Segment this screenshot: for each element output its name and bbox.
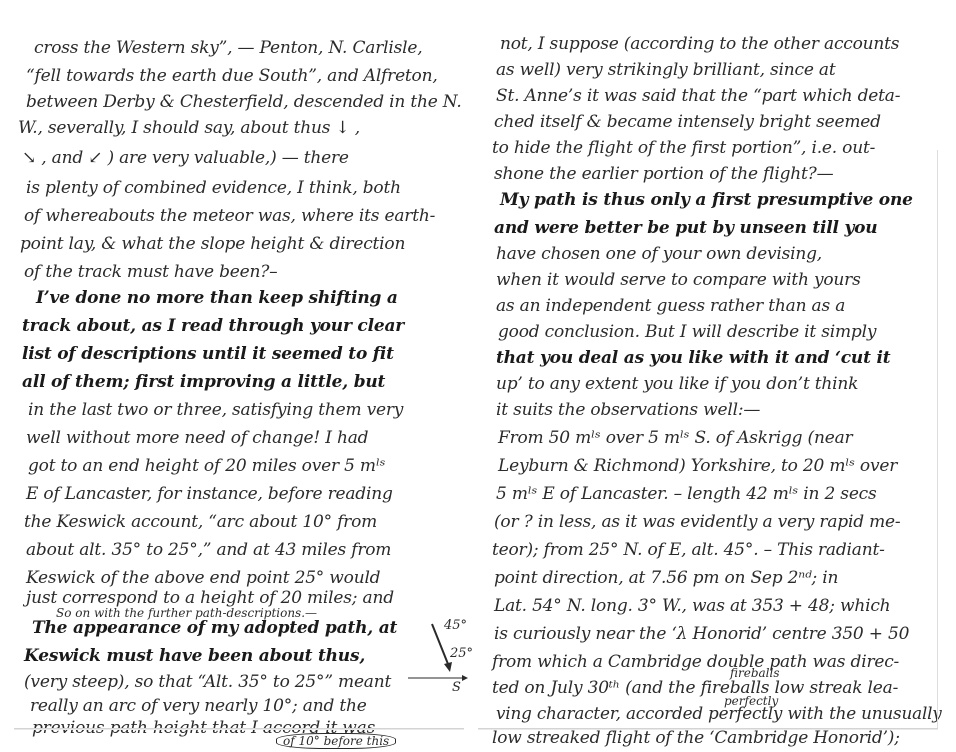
left-line-1: cross the Western sky”, — Penton, N. Car… [34,38,422,58]
right-line-10: when it would serve to compare with your… [496,270,861,290]
left-line-16: got to an end height of 20 miles over 5 … [28,456,385,476]
left-line-20: Keswick of the above end point 25° would [26,568,380,588]
left-page-bottom-edge [14,728,464,730]
right-line-12: good conclusion. But I will describe it … [498,322,876,342]
right-line-6: shone the earlier portion of the flight?… [494,164,833,184]
left-line-14: in the last two or three, satisfying the… [28,400,403,420]
left-line-9: of the track must have been?– [24,262,277,282]
right-line-27: low streaked flight of the ‘Cambridge Ho… [492,728,900,748]
right-line-20: teor); from 25° N. of E, alt. 45°. – Thi… [492,540,885,560]
left-line-22: The appearance of my adopted path, at [32,618,397,638]
right-line-25: ted on July 30ᵗʰ (and the fireballs low … [492,678,898,698]
right-line-11: as an independent guess rather than as a [496,296,845,316]
right-line-4: ched itself & became intensely bright se… [494,112,881,132]
left-line-10: I’ve done no more than keep shifting a [36,288,398,308]
left-line-4: W., severally, I should say, about thus … [18,118,360,138]
left-line-12: list of descriptions until it seemed to … [22,344,394,364]
right-line-19: (or ? in less, as it was evidently a ver… [494,512,900,532]
right-line-17: Leyburn & Richmond) Yorkshire, to 20 mˡˢ… [498,456,897,476]
left-line-3: between Derby & Chesterfield, descended … [26,92,462,112]
right-line-23: is curiously near the ‘λ Honorid’ centre… [494,624,909,644]
left-line-17: E of Lancaster, for instance, before rea… [26,484,393,504]
right-line-15: it suits the observations well:— [496,400,760,420]
right-line-26: ving character, accorded perfectly with … [496,704,942,724]
circled-note: of 10° before this [276,733,396,749]
right-line-18: 5 mˡˢ E of Lancaster. – length 42 mˡˢ in… [496,484,877,504]
right-page-bottom-edge [478,728,938,730]
left-line-21: just correspond to a height of 20 miles;… [26,588,394,608]
left-line-24: (very steep), so that “Alt. 35° to 25°” … [24,672,391,692]
right-line-1: not, I suppose (according to the other a… [500,34,899,54]
right-line-5: to hide the flight of the first portion”… [492,138,875,158]
left-line-15: well without more need of change! I had [26,428,368,448]
left-line-19: about alt. 35° to 25°,” and at 43 miles … [26,540,391,560]
left-line-25: really an arc of very nearly 10°; and th… [30,696,367,716]
right-line-21: point direction, at 7.56 pm on Sep 2ⁿᵈ; … [494,568,838,588]
left-line-18: the Keswick account, “arc about 10° from [24,512,377,532]
right-line-7: My path is thus only a first presumptive… [500,190,913,210]
right-line-9: have chosen one of your own devising, [496,244,822,264]
left-line-11: track about, as I read through your clea… [22,316,404,336]
left-line-23: Keswick must have been about thus, [24,646,365,666]
right-line-22: Lat. 54° N. long. 3° W., was at 353 + 48… [494,596,890,616]
right-line-14: up’ to any extent you like if you don’t … [496,374,858,394]
right-line-13: that you deal as you like with it and ‘c… [496,348,890,368]
left-line-13: all of them; first improving a little, b… [22,372,385,392]
left-line-7: of whereabouts the meteor was, where its… [24,206,435,226]
right-page-side-edge [937,150,938,730]
left-line-8: point lay, & what the slope height & dir… [20,234,405,254]
left-line-5: ↘ , and ↙ ) are very valuable,) — there [22,148,349,168]
right-line-24: from which a Cambridge double path was d… [492,652,899,672]
diagram-label-45: 45° [444,618,467,633]
right-line-8: and were better be put by unseen till yo… [494,218,877,238]
diagram-label-s: S [452,680,461,695]
left-page: cross the Western sky”, — Penton, N. Car… [0,0,478,752]
letter-spread: cross the Western sky”, — Penton, N. Car… [0,0,956,752]
right-line-3: St. Anne’s it was said that the “part wh… [496,86,900,106]
left-line-6: is plenty of combined evidence, I think,… [26,178,401,198]
left-line-2: “fell towards the earth due South”, and … [26,66,438,86]
right-line-16: From 50 mˡˢ over 5 mˡˢ S. of Askrigg (ne… [498,428,852,448]
diagram-label-25: 25° [450,646,473,661]
right-page: not, I suppose (according to the other a… [478,0,956,752]
right-line-2: as well) very strikingly brilliant, sinc… [496,60,835,80]
